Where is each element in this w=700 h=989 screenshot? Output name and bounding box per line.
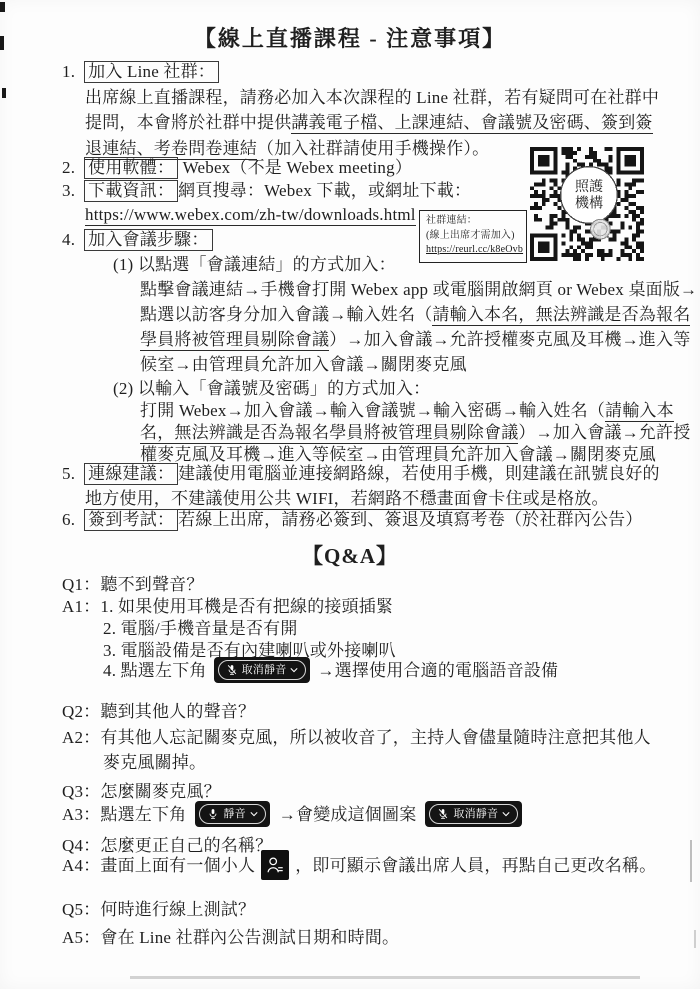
item4-sub2-line1: 打開 Webex→加入會議→輸入會議號→輸入密碼→輸入姓名（請輸入本 [140,400,697,422]
answer1-item4-pre: 4. 點選左下角 [103,658,207,683]
item1-line2-pre: 提問，本會將於社群中提供 [85,113,291,132]
item4-sub1-line3-underlined: 學員將被管理員剔除會議 [140,330,329,351]
qa-answer-3-row: A3：點選左下角 靜音 →會變成這個圖案 [62,797,522,831]
item-number: 1. [62,59,75,85]
item4-sub1-line1: 點擊會議連結→手機會打開 Webex app 或電腦開啟網頁 or Webex … [140,277,697,302]
answer3-pre: A3：點選左下角 [62,802,186,827]
item5-line2-post: 。 [591,489,608,508]
item-number: 4. [62,227,75,252]
item4-sub1-line2-pre: 點選以訪客身分加入會議→輸入姓名（ [140,305,432,324]
qr-code-image: 照護 機構 [528,147,646,261]
note-item-5: 5.連線建議：建議使用電腦並連接網路線，若使用手機，則建議在訊號良好的 地方使用… [62,461,660,511]
item4-sub2-line1-underlined: 請輸入本 [605,401,674,422]
chevron-down-icon [502,811,510,817]
answer3-mid: →會變成這個圖案 [279,802,417,827]
note-item-2: 2.使用軟體： Webex（不是 Webex meeting） [62,155,412,180]
item1-line2-underlined: 講義電子檔、上課連結、會議號及密碼、簽到簽 [291,113,652,134]
mute-button[interactable]: 靜音 [195,801,269,827]
unmute-button-label: 取消靜音 [453,806,498,822]
qa-answer-2-row2: 麥克風關掉。 [103,750,206,775]
item4-sub2-line1-pre: 打開 Webex→加入會議→輸入會議號→輸入密碼→輸入姓名（ [140,401,605,420]
unmute-button[interactable]: 取消靜音 [214,657,311,683]
answer1-item1: 1. 如果使用耳機是否有把線的接頭插緊 [100,597,393,616]
scan-artifact [690,840,692,882]
participants-icon[interactable] [261,850,289,880]
answer1-item4-post: →選擇使用合適的電腦語音設備 [317,658,558,683]
chevron-down-icon [250,811,258,817]
note-item-3: 3.下載資訊：網頁搜尋：Webex 下載，或網址下載： https://www.… [62,179,471,227]
item-label-signin-exam: 簽到考試： [84,509,178,531]
item1-line1: 出席線上直播課程，請務必加入本次課程的 Line 社群，若有疑問可在社群中 [85,85,659,111]
item-number: 2. [62,155,75,180]
chevron-down-icon [290,667,298,673]
scan-artifact-bottom-edge [130,976,640,979]
group-link-box: 社群連結： (線上出席才需加入) https://reurl.cc/k8eOvb [419,210,527,263]
line-group-qr-code: 照護 機構 [528,147,646,261]
group-link-title: 社群連結： [426,214,520,229]
item5-line1: 建議使用電腦並連接網路線，若使用手機，則建議在訊號良好的 [178,464,660,483]
item4-sub1-line2: 點選以訪客身分加入會議→輸入姓名（請輸入本名，無法辨識是否為報名 [140,302,697,327]
qa-heading: 【Q&A】 [0,540,700,570]
scan-artifact [0,2,5,12]
item4-sub2-line2-underlined: 名，無法辨識是否為報名學員將被管理員剔除會議 [140,423,518,444]
item6-text: 若線上出席，請務必簽到、簽退及填寫考卷（於社群內公告） [178,510,642,529]
unmute-button-label: 取消靜音 [242,662,287,678]
item5-line2-pre: 地方使用， [85,489,171,508]
item-label-join-line: 加入 Line 社群： [84,61,219,83]
group-link-note: (線上出席才需加入) [426,229,520,244]
item-number: 5. [62,461,75,486]
item-number: 3. [62,179,75,203]
item4-sub2-heading: (2) 以輸入「會議號及密碼」的方式加入： [113,377,697,400]
note-item-1: 1.加入 Line 社群： 出席線上直播課程，請務必加入本次課程的 Line 社… [62,59,659,161]
item-label-join-steps: 加入會議步驟： [84,229,212,251]
item4-sub1-line3: 學員將被管理員剔除會議）→加入會議→允許授權麥克風及耳機→進入等 [140,327,697,352]
item4-sub1-line3-post: ）→加入會議→允許授權麥克風及耳機→進入等 [329,330,690,349]
scan-artifact [694,930,696,948]
item4-sub1-line2-underlined: 請輸入本名，無法辨識是否為報名 [432,305,690,326]
qr-center-label-line2: 機構 [575,195,603,212]
note-item-4: 4.加入會議步驟： (1) 以點選「會議連結」的方式加入： 點擊會議連結→手機會… [62,227,697,466]
note-item-6: 6.簽到考試：若線上出席，請務必簽到、簽退及填寫考卷（於社群內公告） [62,507,643,532]
unmute-button-example[interactable]: 取消靜音 [425,801,522,827]
item4-sub2-line2: 名，無法辨識是否為報名學員將被管理員剔除會議）→加入會議→允許授 [140,422,697,444]
item2-text: Webex（不是 Webex meeting） [183,158,412,177]
qa-answer-1-row4: 4. 點選左下角 取消靜音 →選擇使用合適的電腦語音設備 [103,654,558,686]
qa-answer-2-row1: A2：有其他人忘記關麥克風，所以被收音了，主持人會儘量隨時注意把其他人 [62,725,651,750]
item4-sub2-line2-post: ）→加入會議→允許授 [518,423,690,442]
answer4-post: ，即可顯示會議出席人員，再點自己更改名稱。 [295,853,656,878]
qr-center-label-line1: 照護 [575,178,603,195]
item-label-software: 使用軟體： [84,157,178,179]
page-title: 【線上直播課程 - 注意事項】 [0,22,700,53]
mic-muted-icon [437,807,449,821]
group-link-url[interactable]: https://reurl.cc/k8eOvb [426,244,523,255]
mute-button-label: 靜音 [223,806,245,822]
webex-download-link[interactable]: https://www.webex.com/zh-tw/downloads.ht… [85,205,416,226]
qa-question-5: Q5：何時進行線上測試？ [62,897,255,922]
mic-muted-icon [226,663,238,677]
item3-text: 網頁搜尋：Webex 下載，或網址下載： [178,181,471,200]
scan-artifact [2,88,6,98]
person-list-icon [265,854,285,876]
scanned-document-page: 【線上直播課程 - 注意事項】 1.加入 Line 社群： 出席線上直播課程，請… [0,0,700,989]
qa-answer-5: A5：會在 Line 社群內公告測試日期和時間。 [62,925,399,950]
mic-icon [207,807,219,821]
qa-answer-4-row: A4：畫面上面有一個小人 ，即可顯示會議出席人員，再點自己更改名稱。 [62,849,656,881]
answer1-label: A1： [62,597,100,616]
qa-question-2: Q2：聽到其他人的聲音？ [62,699,255,724]
answer4-pre: A4：畫面上面有一個小人 [62,853,255,878]
item1-line2: 提問，本會將於社群中提供講義電子檔、上課連結、會議號及密碼、簽到簽 [85,110,659,136]
item-label-connection: 連線建議： [84,463,178,485]
item-number: 6. [62,507,75,532]
item-label-download: 下載資訊： [84,180,178,202]
item4-sub1-line4: 候室→由管理員允許加入會議→關閉麥克風 [140,352,697,377]
